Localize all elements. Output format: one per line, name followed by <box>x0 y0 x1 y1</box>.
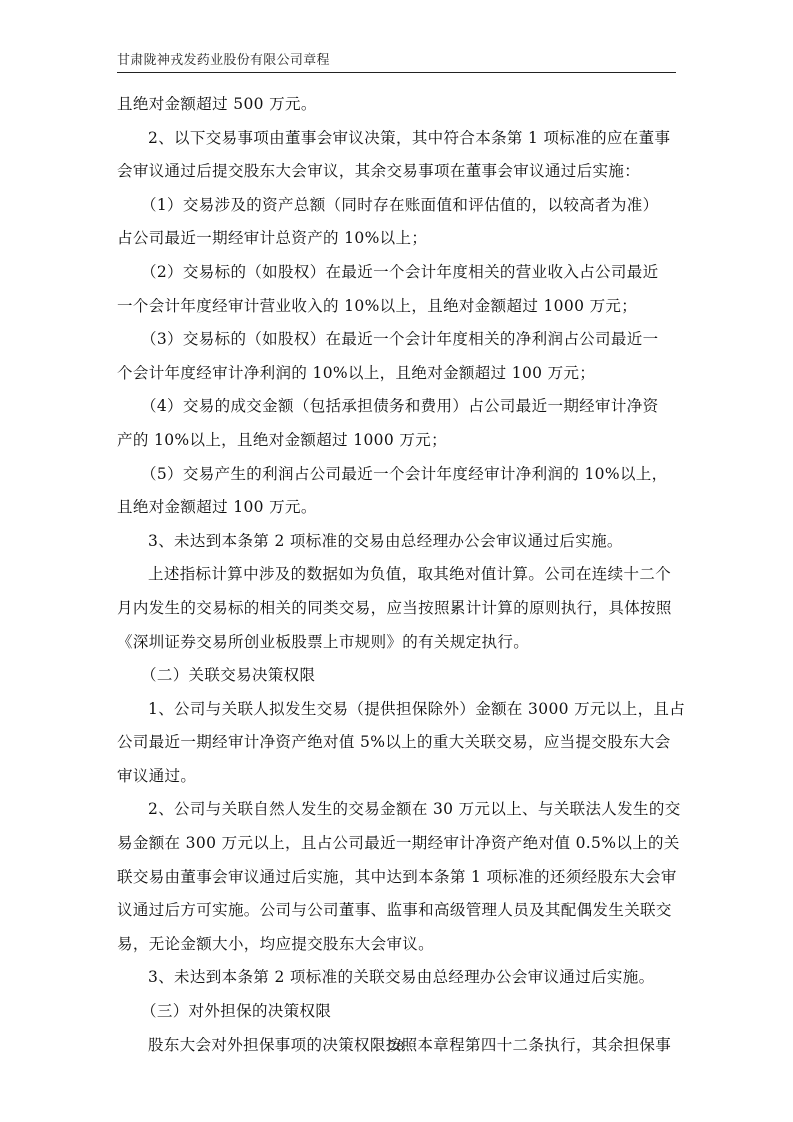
text-line: 月内发生的交易标的相关的同类交易，应当按照累计计算的原则执行，具体按照 <box>117 592 676 626</box>
text-line: 审议通过。 <box>117 760 676 794</box>
text-line: 占公司最近一期经审计总资产的 10%以上； <box>117 222 676 256</box>
text-line: （1）交易涉及的资产总额（同时存在账面值和评估值的，以较高者为准） <box>117 189 676 223</box>
text-line: 公司最近一期经审计净资产绝对值 5%以上的重大关联交易，应当提交股东大会 <box>117 726 676 760</box>
text-line: 3、未达到本条第 2 项标准的关联交易由总经理办公会审议通过后实施。 <box>117 961 676 995</box>
document-title: 甘肃陇神戎发药业股份有限公司章程 <box>117 52 676 70</box>
text-line: 个会计年度经审计净利润的 10%以上，且绝对金额超过 100 万元； <box>117 357 676 391</box>
text-line: （3）交易标的（如股权）在最近一个会计年度相关的净利润占公司最近一 <box>117 323 676 357</box>
text-line: 会审议通过后提交股东大会审议，其余交易事项在董事会审议通过后实施： <box>117 155 676 189</box>
text-line: 议通过后方可实施。公司与公司董事、监事和高级管理人员及其配偶发生关联交 <box>117 894 676 928</box>
text-line: 联交易由董事会审议通过后实施，其中达到本条第 1 项标准的还须经股东大会审 <box>117 861 676 895</box>
document-body: 且绝对金额超过 500 万元。 2、以下交易事项由董事会审议决策，其中符合本条第… <box>117 88 676 1062</box>
section-heading: （二）关联交易决策权限 <box>117 659 676 693</box>
text-line: 易，无论金额大小，均应提交股东大会审议。 <box>117 928 676 962</box>
page-header: 甘肃陇神戎发药业股份有限公司章程 <box>117 52 676 73</box>
page-number: 28 <box>0 1039 793 1053</box>
text-line: （5）交易产生的利润占公司最近一个会计年度经审计净利润的 10%以上， <box>117 458 676 492</box>
text-line: 一个会计年度经审计营业收入的 10%以上，且绝对金额超过 1000 万元； <box>117 290 676 324</box>
text-line: （2）交易标的（如股权）在最近一个会计年度相关的营业收入占公司最近 <box>117 256 676 290</box>
text-line: （4）交易的成交金额（包括承担债务和费用）占公司最近一期经审计净资 <box>117 390 676 424</box>
section-heading: （三）对外担保的决策权限 <box>117 995 676 1029</box>
text-line: 且绝对金额超过 500 万元。 <box>117 88 676 122</box>
text-line: 易金额在 300 万元以上，且占公司最近一期经审计净资产绝对值 0.5%以上的关 <box>117 827 676 861</box>
text-line: 1、公司与关联人拟发生交易（提供担保除外）金额在 3000 万元以上，且占 <box>117 693 676 727</box>
text-line: 《深圳证券交易所创业板股票上市规则》的有关规定执行。 <box>117 626 676 660</box>
text-line: 产的 10%以上，且绝对金额超过 1000 万元； <box>117 424 676 458</box>
text-line: 3、未达到本条第 2 项标准的交易由总经理办公会审议通过后实施。 <box>117 525 676 559</box>
text-line: 上述指标计算中涉及的数据如为负值，取其绝对值计算。公司在连续十二个 <box>117 558 676 592</box>
text-line: 2、公司与关联自然人发生的交易金额在 30 万元以上、与关联法人发生的交 <box>117 793 676 827</box>
text-line: 且绝对金额超过 100 万元。 <box>117 491 676 525</box>
text-line: 2、以下交易事项由董事会审议决策，其中符合本条第 1 项标准的应在董事 <box>117 122 676 156</box>
